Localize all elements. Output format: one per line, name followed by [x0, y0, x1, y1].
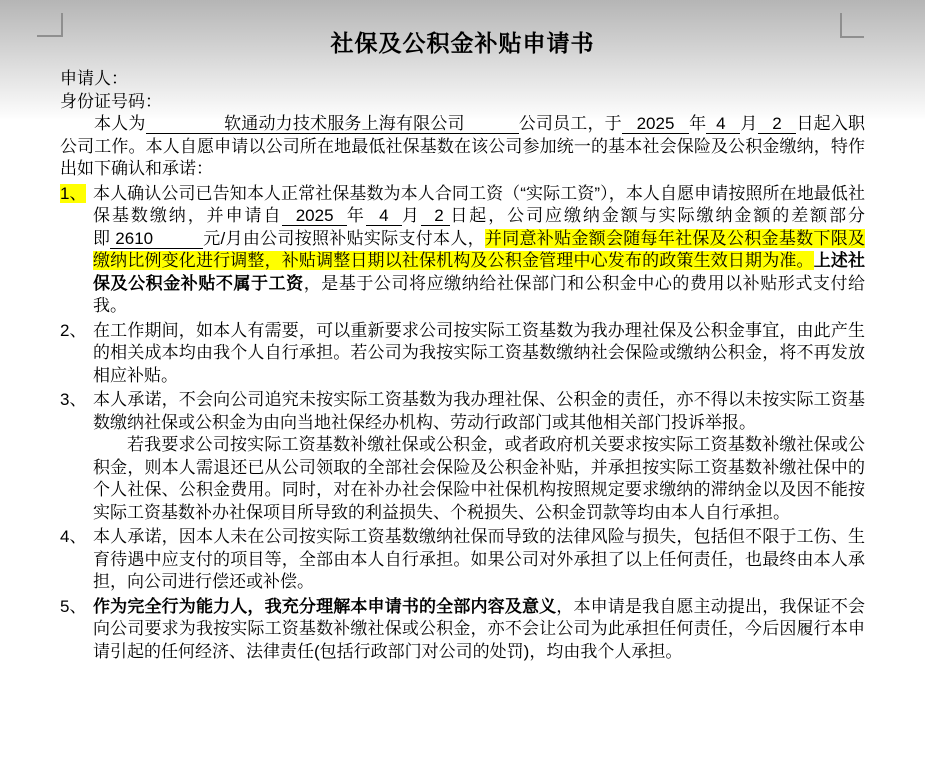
text-run: 4: [706, 114, 740, 134]
item-paragraph: 在工作期间，如本人有需要，可以重新要求公司按实际工资基数为我办理社保及公积金事宜…: [93, 320, 865, 388]
text-run: 2610: [110, 229, 203, 249]
applicant-label: 申请人：: [60, 68, 865, 91]
text-run: 2: [758, 114, 797, 134]
item-number: 5、: [60, 597, 86, 616]
item-paragraph: 本人承诺，不会向公司追究未按实际工资基数为我办理社保、公积金的责任，亦不得以未按…: [93, 389, 865, 434]
list-item: 5、 作为完全行为能力人，我充分理解本申请书的全部内容及意义，本申请是我自愿主动…: [60, 596, 865, 664]
text-run: 月: [402, 206, 421, 225]
item-number: 4、: [60, 527, 86, 546]
text-run: 2025: [282, 206, 346, 226]
page-title: 社保及公积金补贴申请书: [0, 0, 925, 57]
crop-mark-top-right: [840, 13, 864, 38]
crop-mark-top-left: [37, 13, 63, 37]
text-run: 年: [689, 114, 706, 133]
list-item: 2、 在工作期间，如本人有需要，可以重新要求公司按实际工资基数为我办理社保及公积…: [60, 320, 865, 388]
item-paragraph: 本人承诺，因本人未在公司按实际工资基数缴纳社保而导致的法律风险与损失，包括但不限…: [93, 526, 865, 594]
text-run: 2025: [622, 114, 689, 134]
text-run: 4: [366, 206, 402, 226]
document-body: 申请人： 身份证号码： 本人为 软通动力技术服务上海有限公司 公司员工，于 20…: [0, 57, 925, 663]
text-run: 在工作期间，如本人有需要，可以重新要求公司按实际工资基数为我办理社保及公积金事宜…: [93, 321, 865, 385]
text-run: 2: [421, 206, 450, 226]
text-run: [465, 114, 519, 134]
text-run: 若我要求公司按实际工资基数补缴社保或公积金，或者政府机关要求按实际工资基数补缴社…: [93, 435, 865, 522]
text-run: 元/月由公司按照补贴实际支付本人，: [203, 229, 485, 248]
list-item: 4、 本人承诺，因本人未在公司按实际工资基数缴纳社保而导致的法律风险与损失，包括…: [60, 526, 865, 594]
text-run: [146, 114, 225, 134]
text-run: 本人为: [94, 114, 146, 133]
text-run: 本人承诺，不会向公司追究未按实际工资基数为我办理社保、公积金的责任，亦不得以未按…: [93, 390, 865, 432]
item-number: 1、: [60, 184, 86, 203]
text-run: 软通动力技术服务上海有限公司: [224, 114, 465, 134]
text-run: 年: [347, 206, 366, 225]
id-number-label: 身份证号码：: [60, 91, 865, 114]
item-number: 2、: [60, 321, 86, 340]
intro-paragraph: 本人为 软通动力技术服务上海有限公司 公司员工，于 2025 年 4 月 2 日…: [60, 113, 865, 181]
text-run: 本人承诺，因本人未在公司按实际工资基数缴纳社保而导致的法律风险与损失，包括但不限…: [93, 527, 865, 591]
text-run: 作为完全行为能力人，我充分理解本申请书的全部内容及意义: [93, 597, 556, 616]
list-item: 1、 本人确认公司已告知本人正常社保基数为本人合同工资（“实际工资”），本人自愿…: [60, 183, 865, 318]
item-paragraph: 作为完全行为能力人，我充分理解本申请书的全部内容及意义，本申请是我自愿主动提出，…: [93, 596, 865, 664]
text-run: 公司员工，于: [519, 114, 622, 133]
list-item: 3、 本人承诺，不会向公司追究未按实际工资基数为我办理社保、公积金的责任，亦不得…: [60, 389, 865, 524]
item-paragraph: 本人确认公司已告知本人正常社保基数为本人合同工资（“实际工资”），本人自愿申请按…: [93, 183, 865, 318]
document-page: 社保及公积金补贴申请书 申请人： 身份证号码： 本人为 软通动力技术服务上海有限…: [0, 0, 925, 762]
item-number: 3、: [60, 390, 86, 409]
item-paragraph: 若我要求公司按实际工资基数补缴社保或公积金，或者政府机关要求按实际工资基数补缴社…: [93, 434, 865, 524]
text-run: 月: [740, 114, 757, 133]
